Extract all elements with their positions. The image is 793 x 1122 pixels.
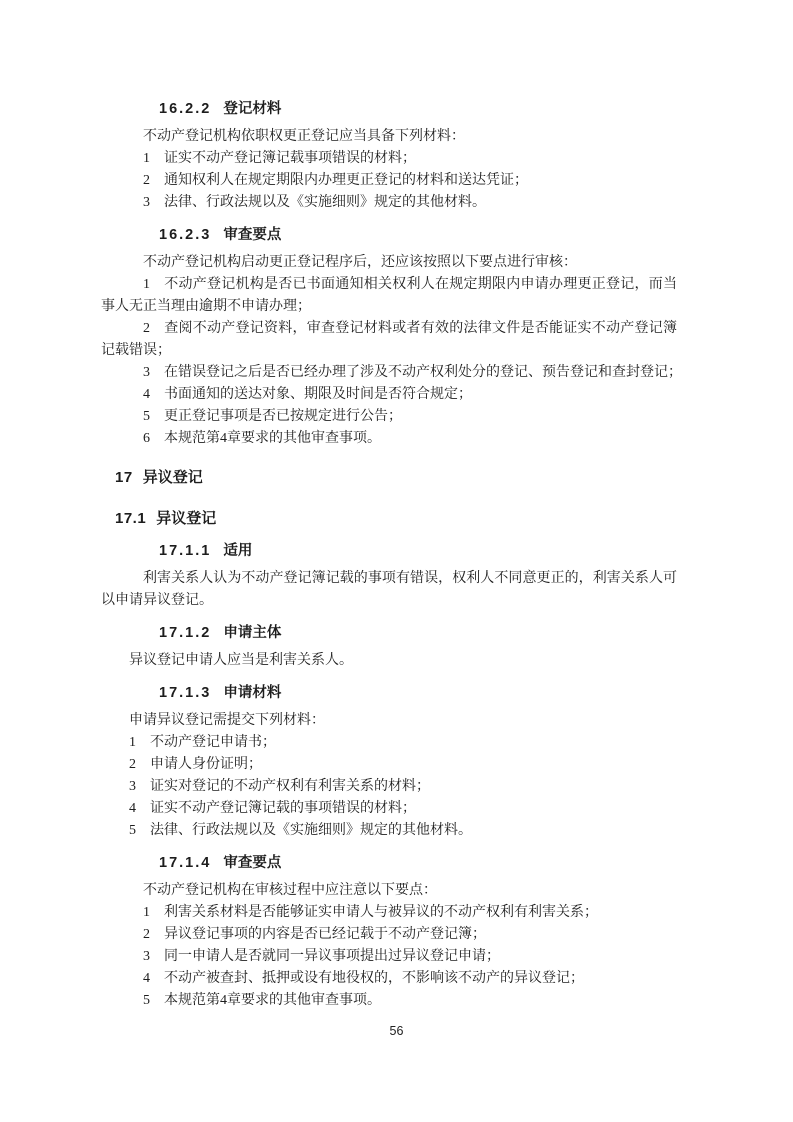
- item-text: 本规范第4章要求的其他审查事项。: [164, 993, 381, 1008]
- item-text: 证实对登记的不动产权利有利害关系的材料；: [150, 779, 430, 794]
- list-item: 2通知权利人在规定期限内办理更正登记的材料和送达凭证；: [101, 170, 677, 192]
- section-title: 申请主体: [223, 625, 281, 641]
- item-number: 3: [143, 949, 150, 964]
- document-page: 16.2.2登记材料 不动产登记机构依职权更正登记应当具备下列材料： 1证实不动…: [0, 0, 793, 1012]
- item-number: 1: [129, 735, 136, 750]
- heading-16-2-3: 16.2.3审查要点: [159, 224, 677, 246]
- paragraph-17-1-1-body: 利害关系人认为不动产登记簿记载的事项有错误，权利人不同意更正的，利害关系人可以申…: [101, 568, 677, 612]
- list-item: 3同一申请人是否就同一异议事项提出过异议登记申请；: [101, 946, 677, 968]
- section-title: 审查要点: [223, 855, 281, 871]
- heading-16-2-2: 16.2.2登记材料: [159, 98, 677, 120]
- item-text: 书面通知的送达对象、期限及时间是否符合规定；: [164, 387, 472, 402]
- item-number: 2: [143, 173, 150, 188]
- chapter-title: 异议登记: [143, 469, 203, 486]
- item-number: 5: [143, 409, 150, 424]
- heading-17-1: 17.1异议登记: [115, 508, 677, 530]
- section-number: 16.2.3: [159, 227, 211, 243]
- item-text: 申请人身份证明；: [150, 757, 262, 772]
- list-item: 3法律、行政法规以及《实施细则》规定的其他材料。: [101, 192, 677, 214]
- section-title: 申请材料: [223, 685, 281, 701]
- section-title: 登记材料: [223, 101, 281, 117]
- list-item: 2查阅不动产登记资料，审查登记材料或者有效的法律文件是否能证实不动产登记簿记载错…: [101, 318, 677, 362]
- section-number: 16.2.2: [159, 101, 211, 117]
- item-text: 同一申请人是否就同一异议事项提出过异议登记申请；: [164, 949, 500, 964]
- item-number: 5: [143, 993, 150, 1008]
- item-number: 6: [143, 431, 150, 446]
- item-text: 不动产被查封、抵押或设有地役权的，不影响该不动产的异议登记；: [164, 971, 584, 986]
- item-text: 异议登记事项的内容是否已经记载于不动产登记簿；: [164, 927, 486, 942]
- item-number: 4: [143, 387, 150, 402]
- section-title: 异议登记: [156, 510, 216, 527]
- section-number: 17.1.2: [159, 625, 211, 641]
- item-number: 4: [143, 971, 150, 986]
- heading-17-1-4: 17.1.4审查要点: [159, 852, 677, 874]
- item-number: 2: [129, 757, 136, 772]
- item-number: 5: [129, 823, 136, 838]
- item-text: 更正登记事项是否已按规定进行公告；: [164, 409, 402, 424]
- item-text: 本规范第4章要求的其他审查事项。: [164, 431, 381, 446]
- item-number: 2: [143, 927, 150, 942]
- item-text: 通知权利人在规定期限内办理更正登记的材料和送达凭证；: [164, 173, 528, 188]
- list-item: 6本规范第4章要求的其他审查事项。: [101, 428, 677, 450]
- item-number: 1: [143, 277, 150, 292]
- item-number: 4: [129, 801, 136, 816]
- chapter-heading-17: 17异议登记: [115, 466, 677, 490]
- list-item: 1利害关系材料是否能够证实申请人与被异议的不动产权利有利害关系；: [101, 902, 677, 924]
- section-number: 17.1.3: [159, 685, 211, 701]
- item-text: 在错误登记之后是否已经办理了涉及不动产权利处分的登记、预告登记和查封登记；: [164, 365, 682, 380]
- paragraph-16-2-2-intro: 不动产登记机构依职权更正登记应当具备下列材料：: [101, 126, 677, 148]
- chapter-number: 17: [115, 469, 133, 486]
- paragraph-16-2-3-intro: 不动产登记机构启动更正登记程序后，还应该按照以下要点进行审核：: [101, 252, 677, 274]
- item-text: 法律、行政法规以及《实施细则》规定的其他材料。: [164, 195, 486, 210]
- heading-17-1-2: 17.1.2申请主体: [159, 622, 677, 644]
- paragraph-17-1-2-body: 异议登记申请人应当是利害关系人。: [101, 650, 677, 672]
- item-text: 证实不动产登记簿记载的事项错误的材料；: [150, 801, 416, 816]
- section-number: 17.1.4: [159, 855, 211, 871]
- list-item: 3在错误登记之后是否已经办理了涉及不动产权利处分的登记、预告登记和查封登记；: [101, 362, 677, 384]
- page-number: 56: [0, 1024, 793, 1038]
- section-number: 17.1: [115, 510, 146, 527]
- heading-17-1-3: 17.1.3申请材料: [159, 682, 677, 704]
- list-item: 3证实对登记的不动产权利有利害关系的材料；: [101, 776, 677, 798]
- list-item: 2申请人身份证明；: [101, 754, 677, 776]
- paragraph-17-1-4-intro: 不动产登记机构在审核过程中应注意以下要点：: [101, 880, 677, 902]
- section-title: 审查要点: [223, 227, 281, 243]
- list-item: 2异议登记事项的内容是否已经记载于不动产登记簿；: [101, 924, 677, 946]
- paragraph-17-1-3-intro: 申请异议登记需提交下列材料：: [101, 710, 677, 732]
- section-number: 17.1.1: [159, 543, 211, 559]
- section-title: 适用: [223, 543, 252, 559]
- item-number: 1: [143, 151, 150, 166]
- list-item: 4不动产被查封、抵押或设有地役权的，不影响该不动产的异议登记；: [101, 968, 677, 990]
- item-text: 利害关系材料是否能够证实申请人与被异议的不动产权利有利害关系；: [164, 905, 598, 920]
- item-number: 3: [143, 195, 150, 210]
- list-item: 5更正登记事项是否已按规定进行公告；: [101, 406, 677, 428]
- item-number: 1: [143, 905, 150, 920]
- item-number: 3: [143, 365, 150, 380]
- list-item: 1不动产登记申请书；: [101, 732, 677, 754]
- heading-17-1-1: 17.1.1适用: [159, 540, 677, 562]
- item-text: 不动产登记申请书；: [150, 735, 276, 750]
- list-item: 1不动产登记机构是否已书面通知相关权利人在规定期限内申请办理更正登记，而当事人无…: [101, 274, 677, 318]
- item-text: 不动产登记机构是否已书面通知相关权利人在规定期限内申请办理更正登记，而当事人无正…: [101, 277, 677, 314]
- list-item: 5法律、行政法规以及《实施细则》规定的其他材料。: [101, 820, 677, 842]
- item-text: 查阅不动产登记资料，审查登记材料或者有效的法律文件是否能证实不动产登记簿记载错误…: [101, 321, 677, 358]
- list-item: 4书面通知的送达对象、期限及时间是否符合规定；: [101, 384, 677, 406]
- item-text: 法律、行政法规以及《实施细则》规定的其他材料。: [150, 823, 472, 838]
- list-item: 5本规范第4章要求的其他审查事项。: [101, 990, 677, 1012]
- list-item: 4证实不动产登记簿记载的事项错误的材料；: [101, 798, 677, 820]
- item-number: 2: [143, 321, 150, 336]
- item-number: 3: [129, 779, 136, 794]
- item-text: 证实不动产登记簿记载事项错误的材料；: [164, 151, 416, 166]
- list-item: 1证实不动产登记簿记载事项错误的材料；: [101, 148, 677, 170]
